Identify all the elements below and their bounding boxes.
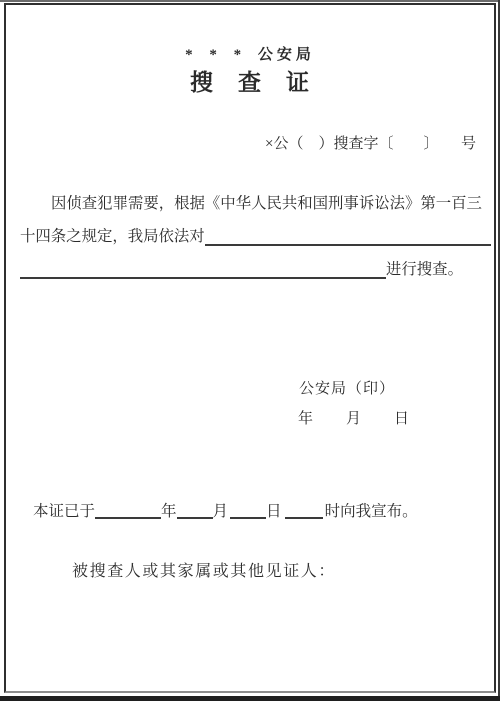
issuer-date-line: 年 月 日 [298, 407, 410, 428]
announce-day-blank-field [230, 511, 266, 519]
issuer-seal-line: 公安局（印） [299, 377, 395, 398]
warrant-title: 搜 查 证 [0, 64, 500, 97]
body-line-1: 因侦查犯罪需要，根据《中华人民共和国刑事诉讼法》第一百三 [20, 187, 491, 220]
announcement-line: 本证已于年月日时向我宣布。 [33, 499, 418, 521]
month-label: 月 [213, 503, 229, 520]
search-warrant-document: * * * 公安局 搜 查 证 ×公（ ）搜查字〔 〕 号 因侦查犯罪需要，根据… [0, 0, 500, 701]
announce-year-blank-field [95, 511, 161, 519]
witness-label: 被搜查人或其家属或其他见证人： [72, 558, 336, 581]
year-label: 年 [161, 503, 177, 520]
announce-month-blank-field [177, 511, 213, 519]
search-target-blank-field [205, 220, 491, 246]
day-label: 日 [266, 503, 282, 520]
agency-name-line: * * * 公安局 [0, 43, 500, 64]
body-line-3: 进行搜查。 [20, 253, 491, 286]
announcement-prefix: 本证已于 [33, 503, 95, 520]
body-line-2-text: 十四条之规定，我局依法对 [20, 220, 205, 253]
search-target-blank-field-continued [20, 253, 386, 279]
body-line-2: 十四条之规定，我局依法对 [20, 220, 491, 253]
scan-edge-bottom [0, 696, 500, 701]
body-line-3-text: 进行搜查。 [386, 253, 463, 286]
announce-hour-blank-field [285, 511, 323, 519]
scan-edge-top [0, 0, 500, 2]
doc-number-line: ×公（ ）搜查字〔 〕 号 [265, 132, 476, 153]
page-border-frame [4, 3, 496, 693]
announcement-suffix: 时向我宣布。 [325, 503, 418, 520]
body-paragraph: 因侦查犯罪需要，根据《中华人民共和国刑事诉讼法》第一百三 十四条之规定，我局依法… [20, 187, 491, 286]
